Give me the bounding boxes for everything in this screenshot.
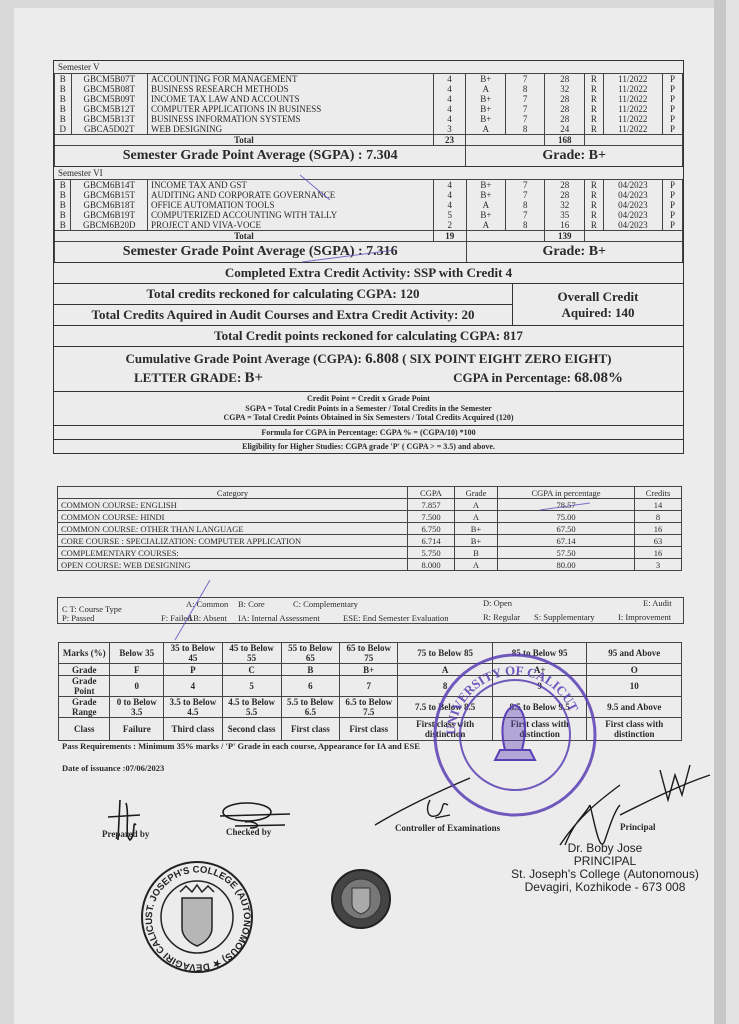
pen-stroke-icon — [0, 0, 739, 1024]
